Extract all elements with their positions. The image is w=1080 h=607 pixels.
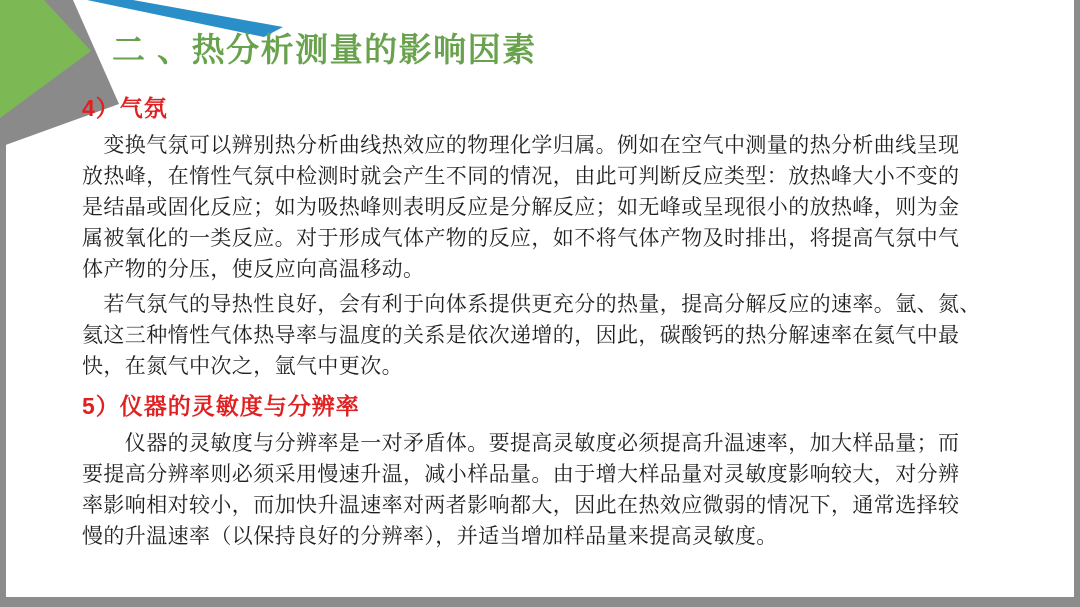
- slide-border-right: [1074, 0, 1080, 607]
- text-line: 属被氧化的一类反应。对于形成气体产物的反应，如不将气体产物及时排出，将提高气氛中…: [82, 223, 1010, 254]
- text-line: 慢的升温速率（以保持良好的分辨率），并适当增加样品量来提高灵敏度。: [82, 521, 1010, 552]
- paragraph-sensitivity-1: 仪器的灵敏度与分辨率是一对矛盾体。要提高灵敏度必须提高升温速率，加大样品量；而要…: [82, 428, 1010, 552]
- slide-body: 4）气氛 变换气氛可以辨别热分析曲线热效应的物理化学归属。例如在空气中测量的热分…: [82, 92, 1010, 552]
- text-line: 若气氛气的导热性良好，会有利于向体系提供更充分的热量，提高分解反应的速率。氩、氮…: [82, 289, 1010, 320]
- text-line: 体产物的分压，使反应向高温移动。: [82, 254, 1010, 285]
- text-line: 放热峰，在惰性气氛中检测时就会产生不同的情况，由此可判断反应类型：放热峰大小不变…: [82, 161, 1010, 192]
- text-line: 是结晶或固化反应；如为吸热峰则表明反应是分解反应；如无峰或呈现很小的放热峰，则为…: [82, 192, 1010, 223]
- text-line: 快，在氮气中次之，氩气中更次。: [82, 351, 1010, 382]
- section-heading-sensitivity: 5）仪器的灵敏度与分辨率: [82, 390, 1010, 422]
- text-line: 率影响相对较小，而加快升温速率对两者影响都大，因此在热效应微弱的情况下，通常选择…: [82, 490, 1010, 521]
- text-line: 要提高分辨率则必须采用慢速升温，减小样品量。由于增大样品量对灵敏度影响较大，对分…: [82, 459, 1010, 490]
- slide-title: 二 、热分析测量的影响因素: [112, 24, 537, 71]
- slide-border-bottom: [0, 597, 1080, 607]
- text-line: 仪器的灵敏度与分辨率是一对矛盾体。要提高灵敏度必须提高升温速率，加大样品量；而: [82, 428, 1010, 459]
- slide-canvas: 二 、热分析测量的影响因素 4）气氛 变换气氛可以辨别热分析曲线热效应的物理化学…: [0, 0, 1080, 607]
- text-line: 变换气氛可以辨别热分析曲线热效应的物理化学归属。例如在空气中测量的热分析曲线呈现: [82, 130, 1010, 161]
- paragraph-atmosphere-2: 若气氛气的导热性良好，会有利于向体系提供更充分的热量，提高分解反应的速率。氩、氮…: [82, 289, 1010, 382]
- section-heading-atmosphere: 4）气氛: [82, 92, 1010, 124]
- paragraph-atmosphere-1: 变换气氛可以辨别热分析曲线热效应的物理化学归属。例如在空气中测量的热分析曲线呈现…: [82, 130, 1010, 285]
- text-line: 氦这三种惰性气体热导率与温度的关系是依次递增的，因此，碳酸钙的热分解速率在氦气中…: [82, 320, 1010, 351]
